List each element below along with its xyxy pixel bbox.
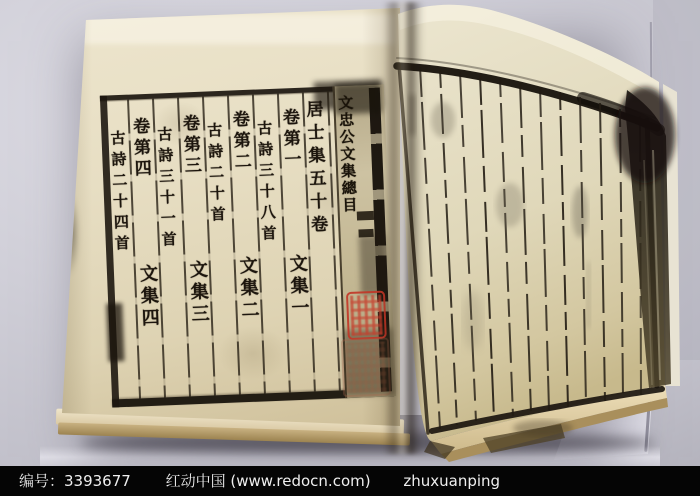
toc-contents-4: 古詩二十四首 — [109, 130, 129, 257]
watermark-bar: 编号：3393677 红动中国 (www.redocn.com) zhuxuan… — [0, 466, 700, 496]
seal-impression — [350, 295, 383, 336]
toc-series-column: 居士集五十卷 — [303, 100, 327, 271]
seal-impression — [345, 342, 387, 394]
toc-collection-1: 文集一 — [287, 254, 308, 321]
watermark-author: zhuxuanping — [403, 466, 500, 496]
photo-of-ancient-chinese-book: 文忠公文集總目 居士集五十卷 卷第一 古詩三十八首 文集一 卷第二 古詩二十首 … — [0, 0, 700, 496]
toc-collection-2: 文集二 — [237, 256, 258, 323]
right-page — [383, 0, 683, 466]
watermark-id: 编号：3393677 — [19, 466, 131, 496]
book-gutter — [383, 2, 425, 454]
toc-contents-2: 古詩二十首 — [206, 122, 225, 228]
left-page: 文忠公文集總目 居士集五十卷 卷第一 古詩三十八首 文集一 卷第二 古詩二十首 … — [58, 6, 400, 426]
red-collector-seal — [346, 291, 387, 341]
toc-contents-1: 古詩三十八首 — [256, 120, 276, 247]
toc-collection-4: 文集四 — [138, 264, 159, 331]
toc-collection-3: 文集三 — [188, 260, 209, 327]
frame-ink-blotch — [106, 303, 124, 362]
toc-volume-1: 卷第一 — [280, 108, 300, 172]
toc-contents-3: 古詩三十一首 — [156, 126, 176, 253]
toc-volume-2: 卷第二 — [230, 110, 250, 174]
toc-volume-3: 卷第三 — [180, 114, 200, 178]
toc-volume-4: 卷第四 — [130, 117, 150, 181]
watermark-site: 红动中国 (www.redocn.com) — [166, 466, 371, 496]
woodblock-print-frame: 文忠公文集總目 居士集五十卷 卷第一 古詩三十八首 文集一 卷第二 古詩二十首 … — [100, 84, 394, 407]
